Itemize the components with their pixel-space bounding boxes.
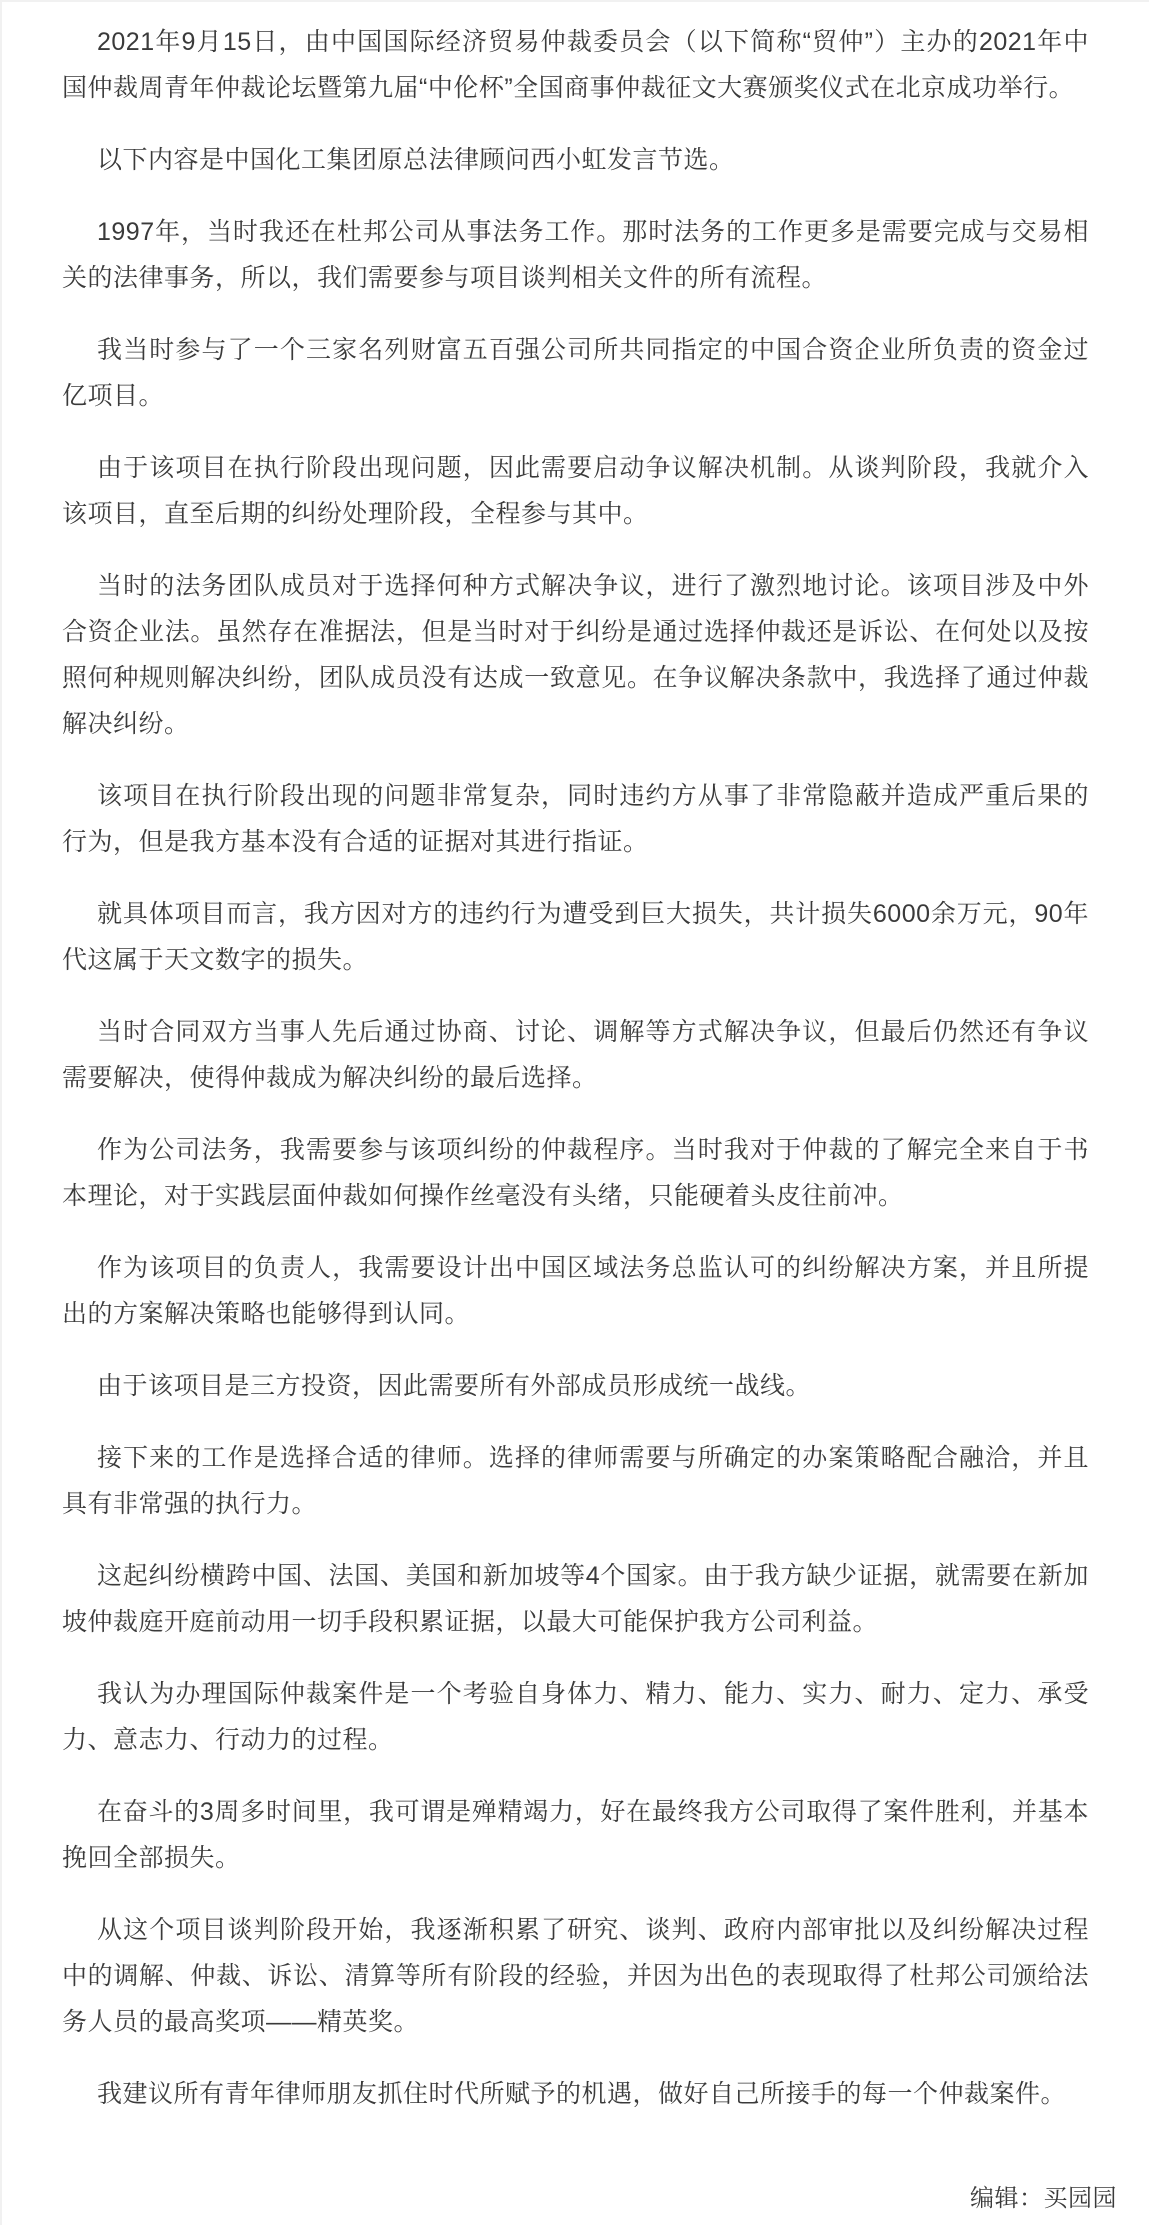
editor-credit: 编辑：买园园	[2, 2179, 1149, 2219]
paragraph: 当时合同双方当事人先后通过协商、讨论、调解等方式解决争议，但最后仍然还有争议需要…	[62, 1009, 1089, 1101]
paragraph: 我建议所有青年律师朋友抓住时代所赋予的机遇，做好自己所接手的每一个仲裁案件。	[62, 2071, 1089, 2117]
paragraph: 作为该项目的负责人，我需要设计出中国区域法务总监认可的纠纷解决方案，并且所提出的…	[62, 1245, 1089, 1337]
paragraph: 该项目在执行阶段出现的问题非常复杂，同时违约方从事了非常隐蔽并造成严重后果的行为…	[62, 773, 1089, 865]
paragraph: 由于该项目在执行阶段出现问题，因此需要启动争议解决机制。从谈判阶段，我就介入该项…	[62, 445, 1089, 537]
article-body: 2021年9月15日，由中国国际经济贸易仲裁委员会（以下简称“贸仲”）主办的20…	[2, 2, 1149, 2117]
paragraph: 在奋斗的3周多时间里，我可谓是殚精竭力，好在最终我方公司取得了案件胜利，并基本挽…	[62, 1789, 1089, 1881]
paragraph: 当时的法务团队成员对于选择何种方式解决争议，进行了激烈地讨论。该项目涉及中外合资…	[62, 563, 1089, 747]
paragraph: 从这个项目谈判阶段开始，我逐渐积累了研究、谈判、政府内部审批以及纠纷解决过程中的…	[62, 1907, 1089, 2045]
paragraph: 就具体项目而言，我方因对方的违约行为遭受到巨大损失，共计损失6000余万元，90…	[62, 891, 1089, 983]
paragraph: 我当时参与了一个三家名列财富五百强公司所共同指定的中国合资企业所负责的资金过亿项…	[62, 327, 1089, 419]
paragraph: 2021年9月15日，由中国国际经济贸易仲裁委员会（以下简称“贸仲”）主办的20…	[62, 19, 1089, 111]
paragraph: 以下内容是中国化工集团原总法律顾问西小虹发言节选。	[62, 137, 1089, 183]
paragraph: 1997年，当时我还在杜邦公司从事法务工作。那时法务的工作更多是需要完成与交易相…	[62, 209, 1089, 301]
paragraph: 这起纠纷横跨中国、法国、美国和新加坡等4个国家。由于我方缺少证据，就需要在新加坡…	[62, 1553, 1089, 1645]
paragraph: 作为公司法务，我需要参与该项纠纷的仲裁程序。当时我对于仲裁的了解完全来自于书本理…	[62, 1127, 1089, 1219]
paragraph: 我认为办理国际仲裁案件是一个考验自身体力、精力、能力、实力、耐力、定力、承受力、…	[62, 1671, 1089, 1763]
paragraph: 接下来的工作是选择合适的律师。选择的律师需要与所确定的办案策略配合融洽，并且具有…	[62, 1435, 1089, 1527]
article-page: 2021年9月15日，由中国国际经济贸易仲裁委员会（以下简称“贸仲”）主办的20…	[0, 0, 1149, 2225]
paragraph: 由于该项目是三方投资，因此需要所有外部成员形成统一战线。	[62, 1363, 1089, 1409]
